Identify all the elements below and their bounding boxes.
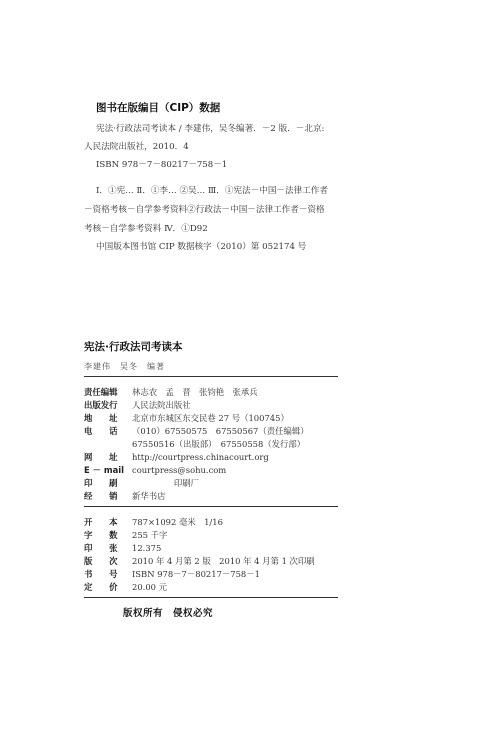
spec-value: 255 千字 <box>132 529 167 541</box>
spec-label: 版 次 <box>84 555 132 567</box>
spec-row: 定 价 20.00 元 <box>84 580 167 593</box>
book-title: 宪法·行政法司考读本 <box>84 339 183 354</box>
info-label: E － mail <box>84 464 132 476</box>
spec-row: 印 张 12.375 <box>84 541 161 554</box>
info-row: 经 销 新华书店 <box>84 489 166 502</box>
info-label: 印 刷 <box>84 477 132 489</box>
spec-value: 2010 年 4 月第 2 版 2010 年 4 月第 1 次印刷 <box>132 555 315 567</box>
info-value: 人民法院出版社 <box>132 399 191 411</box>
spec-label: 定 价 <box>84 581 132 593</box>
info-value: 北京市东城区东交民巷 27 号（100745） <box>132 412 289 424</box>
info-row: E － mail courtpress@sohu.com <box>84 463 226 476</box>
info-label: 出版发行 <box>84 399 132 411</box>
cip-line: Ⅰ．①宪… Ⅱ．①李… ②吴… Ⅲ．①宪法－中国－法律工作者 <box>96 184 328 196</box>
divider <box>84 597 338 598</box>
cip-line: －资格考核－自学参考资料②行政法－中国－法律工作者－资格 <box>84 203 325 215</box>
spec-row: 书 号 ISBN 978－7－80217－758－1 <box>84 567 260 580</box>
cip-line: 宪法·行政法司考读本 / 李建伟，吴冬编著．－2 版．－北京: <box>96 122 324 134</box>
info-label: 经 销 <box>84 490 132 502</box>
info-value: 67550516（出版部） 67550558（发行部） <box>132 438 305 450</box>
info-row: 出版发行 人民法院出版社 <box>84 398 191 411</box>
spec-value: 12.375 <box>132 543 161 553</box>
book-authors: 李建伟 吴冬 编著 <box>84 361 165 372</box>
divider <box>84 506 338 507</box>
spec-row: 字 数 255 千字 <box>84 528 167 541</box>
info-row: 67550516（出版部） 67550558（发行部） <box>84 437 305 450</box>
spec-value: 20.00 元 <box>132 581 167 593</box>
divider <box>84 376 338 377</box>
info-label: 网 址 <box>84 451 132 463</box>
info-label: 地 址 <box>84 412 132 424</box>
spec-row: 开 本 787×1092 毫米 1/16 <box>84 515 223 528</box>
info-label: 电 话 <box>84 425 132 437</box>
cip-line: 中国版本图书馆 CIP 数据核字（2010）第 052174 号 <box>96 240 306 252</box>
info-value: http://courtpress.chinacourt.org <box>132 452 269 462</box>
info-row: 责任编辑 林志农 孟 晋 张钧艳 张承兵 <box>84 385 258 398</box>
cip-line: 人民法院出版社，2010．4 <box>84 140 189 152</box>
cip-line: ISBN 978－7－80217－758－1 <box>96 158 227 170</box>
cip-line: 考核－自学参考资料 Ⅳ．①D92 <box>84 222 208 234</box>
info-label: 责任编辑 <box>84 386 132 398</box>
spec-value: 787×1092 毫米 1/16 <box>132 516 223 528</box>
cip-heading: 图书在版编目（CIP）数据 <box>96 100 220 115</box>
spec-label: 书 号 <box>84 568 132 580</box>
spec-row: 版 次 2010 年 4 月第 2 版 2010 年 4 月第 1 次印刷 <box>84 554 315 567</box>
copyright-notice: 版权所有 侵权必究 <box>123 605 213 619</box>
info-value: 印刷厂 <box>132 477 199 489</box>
spec-label: 字 数 <box>84 529 132 541</box>
spec-value: ISBN 978－7－80217－758－1 <box>132 568 260 580</box>
spec-label: 开 本 <box>84 516 132 528</box>
info-value: （010）67550575 67550567（责任编辑） <box>132 425 309 437</box>
spec-label: 印 张 <box>84 542 132 554</box>
info-value: courtpress@sohu.com <box>132 465 226 475</box>
info-row: 电 话 （010）67550575 67550567（责任编辑） <box>84 424 309 437</box>
info-value: 林志农 孟 晋 张钧艳 张承兵 <box>132 386 258 398</box>
info-row: 网 址 http://courtpress.chinacourt.org <box>84 450 269 463</box>
info-row: 印 刷 印刷厂 <box>84 476 199 489</box>
info-value: 新华书店 <box>132 490 166 502</box>
info-row: 地 址 北京市东城区东交民巷 27 号（100745） <box>84 411 289 424</box>
